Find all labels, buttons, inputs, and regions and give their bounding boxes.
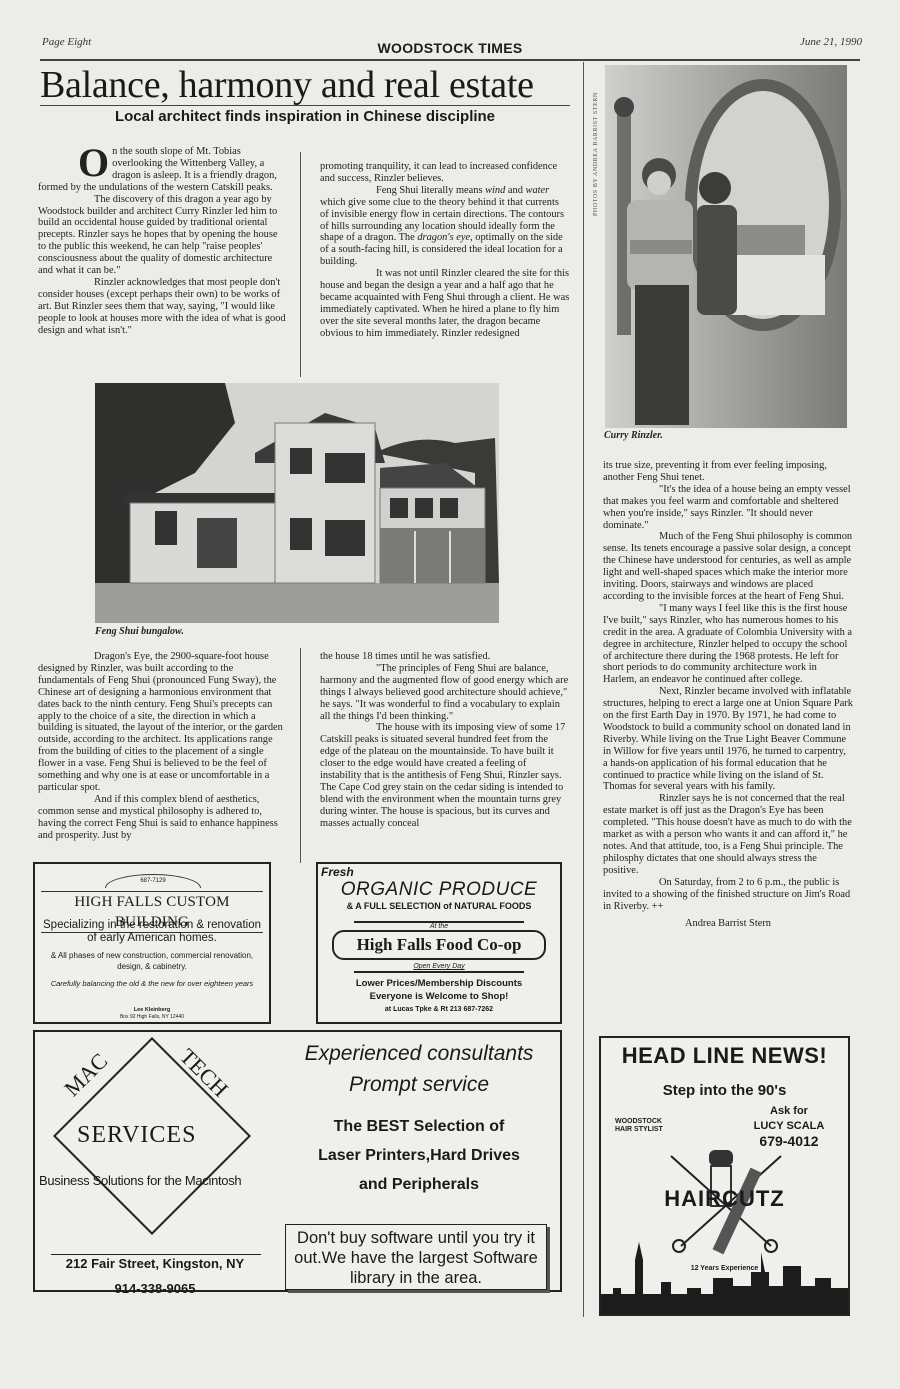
ad-line: and Peripherals	[279, 1170, 559, 1199]
ad-address: Box 92 High Falls, NY 12440	[41, 1014, 263, 1021]
byline: Andrea Barrist Stern	[603, 918, 853, 930]
ad-mac-tech-services: MAC TECH SERVICES Business Solutions for…	[33, 1030, 562, 1292]
ad-phone: 687-7129	[105, 874, 201, 888]
ad-software-box: Don't buy software until you try it out.…	[285, 1224, 547, 1290]
ad-owner: Lee Kleinberg	[41, 1007, 263, 1014]
paragraph: n the south slope of Mt. Tobias overlook…	[38, 146, 277, 193]
paragraph: On Saturday, from 2 to 6 p.m., the publi…	[603, 877, 853, 913]
paper-name: WOODSTOCK TIMES	[0, 40, 900, 56]
article-column-1-bottom: Dragon's Eye, the 2900-square-foot house…	[38, 651, 288, 842]
ad-offer-line: Everyone is Welcome to Shop!	[318, 990, 560, 1003]
ad-high-falls-food-coop: Fresh ORGANIC PRODUCE & A FULL SELECTION…	[316, 862, 562, 1024]
ad-specialty: Specializing in the restoration & renova…	[41, 919, 263, 945]
paragraph: Rinzler acknowledges that most people do…	[38, 277, 286, 337]
ad-phases: & All phases of new construction, commer…	[41, 951, 263, 972]
house-photo	[95, 383, 499, 623]
photo-credit: Photos by Andrea Barrist Stern	[593, 66, 605, 216]
logo-services: SERVICES	[77, 1122, 196, 1149]
paragraph: "The principles of Feng Shui are balance…	[320, 663, 570, 723]
ad-line: The BEST Selection of Laser Printers,Har…	[279, 1112, 559, 1199]
ad-fresh: Fresh	[321, 865, 354, 879]
paragraph: "It's the idea of a house being an empty…	[603, 484, 853, 532]
ad-line: WOODSTOCK	[615, 1118, 663, 1126]
ad-step: Step into the 90's	[601, 1082, 848, 1099]
paragraph: Much of the Feng Shui philosophy is comm…	[603, 531, 853, 602]
skyline-icon	[601, 1242, 848, 1314]
ad-full-selection: & A FULL SELECTION of NATURAL FOODS	[318, 901, 560, 911]
ad-line: LUCY SCALA	[744, 1119, 834, 1134]
subheadline: Local architect finds inspiration in Chi…	[40, 108, 570, 125]
paragraph: Rinzler says he is not concerned that th…	[603, 793, 853, 876]
ad-line: Prompt service	[279, 1069, 559, 1100]
paragraph: "I many ways I feel like this is the fir…	[603, 603, 853, 686]
divider	[51, 1254, 261, 1255]
portrait-photo-caption: Curry Rinzler.	[604, 430, 663, 441]
ad-headline: HEAD LINE NEWS!	[601, 1043, 848, 1069]
logo-business: Business Solutions for the Macintosh	[39, 1173, 241, 1188]
paragraph: Dragon's Eye, the 2900-square-foot house…	[38, 651, 288, 794]
ad-tagline: Carefully balancing the old & the new fo…	[41, 979, 263, 989]
headline-rule	[40, 105, 570, 106]
ad-address: 212 Fair Street, Kingston, NY	[35, 1256, 275, 1271]
ad-phone: 914-338-9065	[35, 1281, 275, 1296]
ad-stylist-label: WOODSTOCK HAIR STYLIST	[615, 1118, 663, 1134]
ad-high-falls-custom-building: 687-7129 HIGH FALLS CUSTOM BUILDING Spec…	[33, 862, 271, 1024]
paragraph: The house with its imposing view of some…	[320, 722, 570, 829]
ad-offers: Lower Prices/Membership Discounts Everyo…	[318, 977, 560, 1003]
ad-brand: HAIRCUTZ	[601, 1186, 848, 1212]
text: Feng Shui literally means	[376, 185, 485, 196]
ad-location: at Lucas Tpke & Rt 213 687-7262	[318, 1006, 560, 1013]
portrait-illustration	[605, 65, 847, 428]
issue-date: June 21, 1990	[800, 36, 862, 48]
paragraph: Feng Shui literally means wind and water…	[320, 185, 570, 268]
column-divider	[300, 152, 301, 377]
mac-tech-logo: MAC TECH SERVICES Business Solutions for…	[35, 1032, 275, 1294]
article-column-2-top: promoting tranquility, it can lead to in…	[320, 161, 570, 340]
ad-haircutz: HEAD LINE NEWS! Step into the 90's WOODS…	[599, 1036, 850, 1316]
article-column-3: its true size, preventing it from ever f…	[603, 460, 853, 930]
headline: Balance, harmony and real estate	[40, 64, 570, 106]
ad-line: The BEST Selection of	[279, 1112, 559, 1141]
ad-contact: Ask for LUCY SCALA 679-4012	[744, 1104, 834, 1149]
ad-offer-line: Lower Prices/Membership Discounts	[318, 977, 560, 990]
italic-term: wind	[485, 185, 505, 196]
paragraph: the house 18 times until he was satisfie…	[320, 651, 570, 663]
column-divider	[300, 648, 301, 863]
text: and	[505, 185, 525, 196]
italic-term: dragon's eye	[417, 232, 470, 243]
paragraph: And if this complex blend of aesthetics,…	[38, 794, 288, 842]
ad-line: Experienced consultants	[279, 1038, 559, 1069]
italic-term: water	[526, 185, 550, 196]
paragraph: Next, Rinzler became involved with infla…	[603, 686, 853, 793]
masthead-rule	[40, 59, 860, 61]
newspaper-page: Page Eight WOODSTOCK TIMES June 21, 1990…	[0, 0, 900, 1389]
ad-open: Open Every Day	[354, 962, 524, 973]
ad-line: Ask for	[744, 1104, 834, 1119]
article-column-2-bottom: the house 18 times until he was satisfie…	[320, 651, 570, 830]
column-divider	[583, 62, 584, 1317]
mac-tech-copy: Experienced consultants Prompt service T…	[279, 1038, 559, 1199]
paragraph: promoting tranquility, it can lead to in…	[320, 161, 570, 185]
paragraph: its true size, preventing it from ever f…	[603, 460, 853, 484]
ad-coop-name: High Falls Food Co-op	[332, 930, 546, 960]
ad-line: Laser Printers,Hard Drives	[279, 1141, 559, 1170]
paragraph: It was not until Rinzler cleared the sit…	[320, 268, 570, 339]
portrait-photo	[605, 65, 847, 428]
article-column-1-top: On the south slope of Mt. Tobias overloo…	[38, 146, 286, 337]
house-illustration	[95, 383, 499, 623]
house-photo-caption: Feng Shui bungalow.	[95, 626, 184, 637]
ad-line: HAIR STYLIST	[615, 1126, 663, 1134]
paragraph: The discovery of this dragon a year ago …	[38, 194, 286, 277]
drop-cap: O	[78, 148, 109, 178]
ad-organic: ORGANIC PRODUCE	[318, 879, 560, 901]
